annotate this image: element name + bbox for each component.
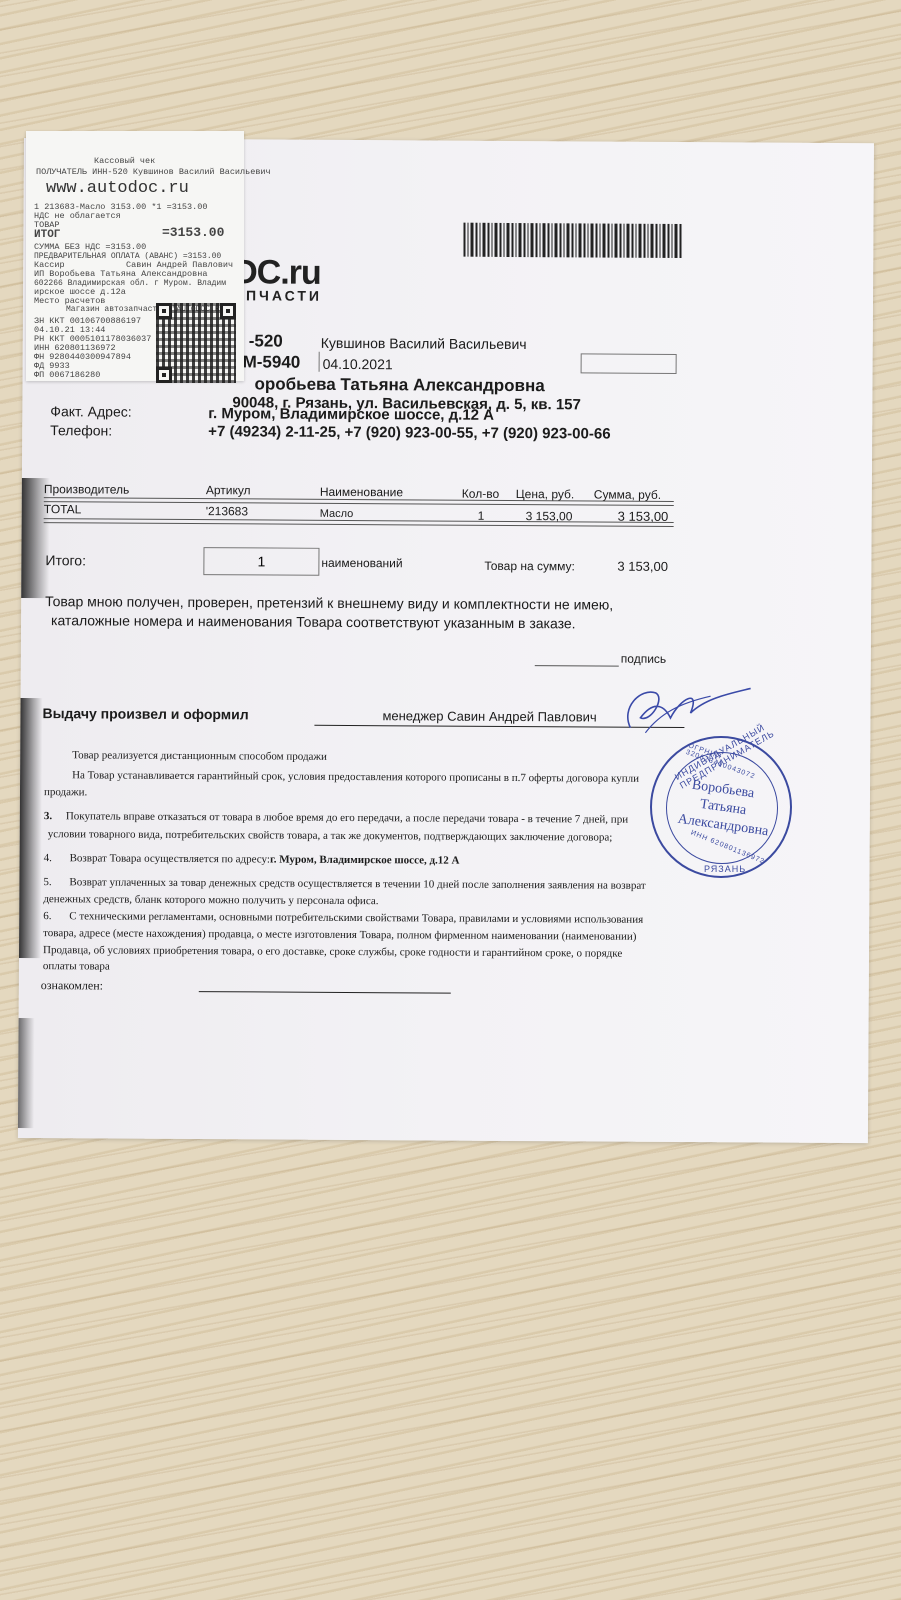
term-6-number: 6.: [43, 910, 51, 922]
signature-line: [535, 665, 619, 667]
term-4-number: 4.: [44, 852, 52, 864]
receipt-total-label: ИТОГ: [34, 231, 60, 240]
fact-address-label: Факт. Адрес:: [50, 403, 131, 419]
term-5-line-1: Возврат уплаченных за товар денежных сре…: [69, 876, 645, 892]
cell-article: '213683: [206, 504, 248, 518]
acceptance-line-2: каталожные номера и наименования Товара …: [51, 612, 576, 631]
ink-smear: [19, 698, 43, 958]
stamp-city: РЯЗАНЬ: [704, 864, 746, 874]
receipt-no-vat: СУММА БЕЗ НДС =3153.00: [34, 243, 146, 252]
qr-finder: [220, 303, 236, 319]
phone-label: Телефон:: [50, 422, 112, 438]
autodoc-logo: DC.ru АПЧАСТИ: [233, 257, 322, 304]
term-4-text: Возврат Товара осуществляется по адресу:: [70, 852, 270, 865]
issued-label: Выдачу произвел и оформил: [42, 705, 248, 722]
phones: +7 (49234) 2-11-25, +7 (920) 923-00-55, …: [208, 423, 610, 442]
term-2-line-2: продажи.: [44, 786, 87, 798]
logo-subtitle: АПЧАСТИ: [233, 287, 322, 304]
header-rule: [44, 497, 674, 506]
cell-name: Масло: [320, 508, 354, 520]
order-code: -520: [249, 331, 283, 351]
term-3-number: 3.: [44, 810, 52, 822]
totals-label: Итого:: [45, 552, 86, 568]
cell-manufacturer: TOTAL: [44, 502, 82, 516]
receipt-cashier-line: ПОЛУЧАТЕЛЬ ИНН-520 Кувшинов Василий Васи…: [36, 168, 271, 177]
term-6-line-2: товара, адресе (месте нахождения) продав…: [43, 927, 636, 943]
ink-smear: [18, 1018, 35, 1128]
col-name: Наименование: [320, 485, 403, 500]
receipt-site: www.autodoc.ru: [46, 180, 189, 198]
sum-value: 3 153,00: [617, 559, 668, 574]
fact-address: г. Муром, Владимирское шоссе, д.12 А: [208, 405, 494, 424]
order-date: 04.10.2021: [323, 356, 393, 372]
receipt-seller: ИП Воробьева Татьяна Александровна: [34, 270, 207, 279]
handwritten-signature-icon: [610, 678, 760, 739]
receipt-title: Кассовый чек: [94, 157, 155, 166]
term-5-number: 5.: [43, 876, 51, 888]
term-3-line-1: Покупатель вправе отказаться от товара в…: [66, 810, 628, 825]
sum-label: Товар на сумму:: [484, 559, 575, 574]
term-6-line-1: С техническими регламентами, основными п…: [69, 910, 643, 926]
qr-finder: [156, 367, 172, 383]
divider: [319, 352, 320, 372]
logo-text: DC.ru: [233, 257, 322, 288]
company-stamp: ИНДИВИДУАЛЬНЫЙ ПРЕДПРИНИМАТЕЛЬ ОГРНИП 32…: [650, 736, 792, 878]
receipt-total-value: =3153.00: [162, 228, 224, 237]
term-2-line-1: На Товар устанавливается гарантийный сро…: [72, 769, 639, 784]
seller-name: оробьева Татьяна Александровна: [254, 374, 544, 396]
acceptance-line-1: Товар мною получен, проверен, претензий …: [45, 593, 613, 612]
empty-field-box: [581, 353, 677, 374]
acquainted-label: ознакомлен:: [41, 978, 103, 993]
receipt-fiscal-7: ФП 0067186280: [34, 371, 100, 380]
items-count-suffix: наименований: [321, 556, 402, 570]
cash-receipt: Кассовый чек ПОЛУЧАТЕЛЬ ИНН-520 Кувшинов…: [26, 131, 244, 381]
items-count-box: 1: [203, 547, 319, 576]
term-6-line-3: Продавца, об условиях приобретения товар…: [43, 944, 622, 960]
signature-label: подпись: [621, 652, 666, 666]
term-4-address: г. Муром, Владимирское шоссе, д.12 А: [270, 854, 460, 867]
order-number: М-5940: [243, 352, 301, 372]
qr-code: [156, 303, 236, 383]
term-6-line-4: оплаты товара: [43, 960, 110, 972]
barcode: [463, 223, 683, 258]
row-rule: [44, 518, 674, 527]
term-3-line-2: условии товарного вида, потребительских …: [48, 828, 613, 843]
qr-finder: [156, 303, 172, 319]
term-4: Возврат Товара осуществляется по адресу:…: [70, 852, 460, 866]
col-article: Артикул: [206, 483, 251, 497]
manager-name: Кувшинов Василий Васильевич: [321, 335, 527, 352]
term-1: Товар реализуется дистанционным способом…: [72, 749, 327, 763]
term-5-line-2: денежных средств, бланк которого можно п…: [43, 893, 378, 907]
acquainted-signature-line: [199, 991, 451, 994]
issued-manager: менеджер Савин Андрей Павлович: [382, 708, 596, 724]
col-manufacturer: Производитель: [44, 482, 130, 497]
